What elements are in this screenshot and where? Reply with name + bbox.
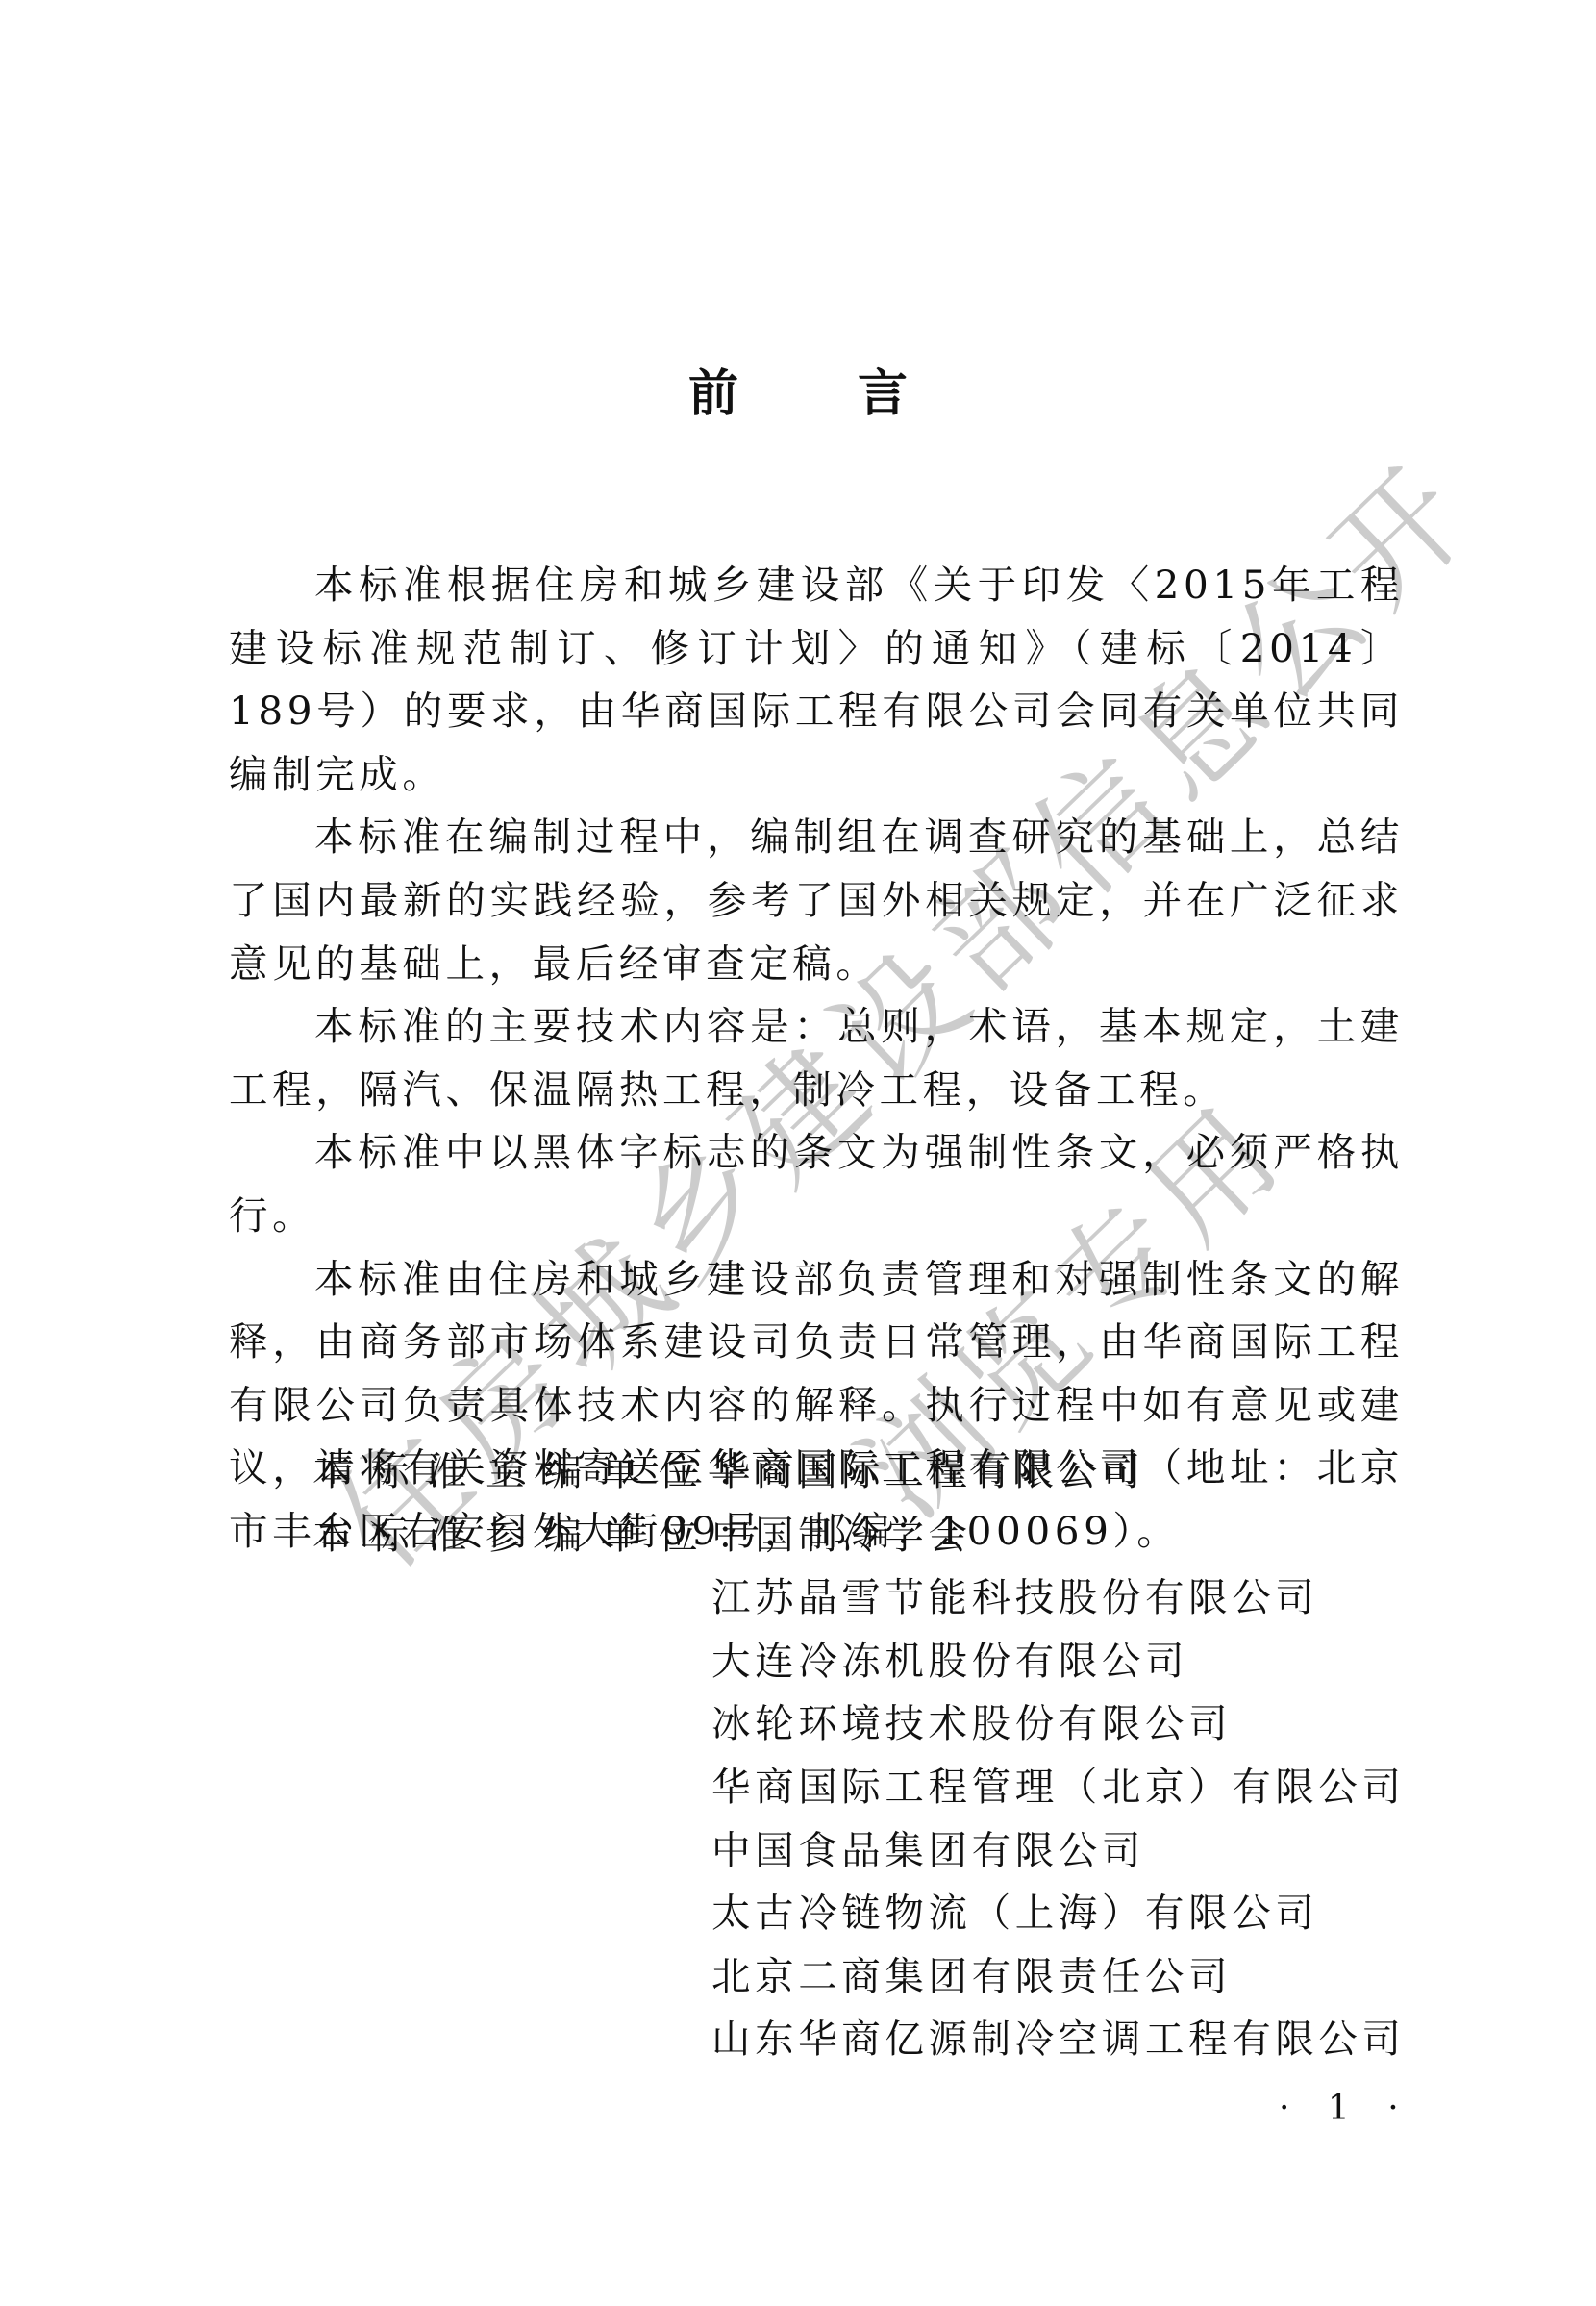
participating-unit: 华商国际工程管理（北京）有限公司	[711, 1756, 1406, 1819]
participating-unit: 山东华商亿源制冷空调工程有限公司	[711, 2008, 1406, 2071]
preface-body: 本标准根据住房和城乡建设部《关于印发〈2015年工程建设标准规范制订、修订计划〉…	[229, 554, 1404, 1564]
paragraph-4: 本标准中以黑体字标志的条文为强制性条文，必须严格执行。	[229, 1121, 1404, 1247]
paragraph-2: 本标准在编制过程中，编制组在调查研究的基础上，总结了国内最新的实践经验，参考了国…	[229, 806, 1404, 995]
participating-label: 本标准参编单位	[312, 1512, 716, 1558]
title-char-2: 言	[858, 361, 908, 428]
page-title: 前言	[0, 361, 1596, 428]
paragraph-1: 本标准根据住房和城乡建设部《关于印发〈2015年工程建设标准规范制订、修订计划〉…	[229, 554, 1404, 806]
participating-unit: 江苏晶雪节能科技股份有限公司	[711, 1567, 1318, 1630]
participating-row: 本标准参编单位： 中国制冷学会	[312, 1504, 1406, 1567]
participating-unit: 中国制冷学会	[711, 1504, 972, 1567]
chief-editor-row: 本标准主编单位： 华商国际工程有限公司	[312, 1441, 1406, 1504]
participating-unit: 中国食品集团有限公司	[711, 1819, 1145, 1883]
title-char-1: 前	[688, 361, 738, 428]
participating-unit: 太古冷链物流（上海）有限公司	[711, 1882, 1318, 1945]
participating-unit: 大连冷冻机股份有限公司	[711, 1630, 1188, 1693]
participating-unit: 冰轮环境技术股份有限公司	[711, 1692, 1232, 1756]
editing-units: 本标准主编单位： 华商国际工程有限公司 本标准参编单位： 中国制冷学会 江苏晶雪…	[312, 1441, 1406, 2071]
participating-unit: 北京二商集团有限责任公司	[711, 1945, 1232, 2009]
document-page: 住房城乡建设部信息公开 浏览专用 前言 本标准根据住房和城乡建设部《关于印发〈2…	[0, 0, 1596, 2306]
chief-editor-unit: 华商国际工程有限公司	[711, 1441, 1145, 1504]
page-number: · 1 ·	[1279, 2085, 1412, 2133]
chief-editor-label: 本标准主编单位	[312, 1448, 716, 1494]
paragraph-3: 本标准的主要技术内容是：总则，术语，基本规定，土建工程，隔汽、保温隔热工程，制冷…	[229, 995, 1404, 1121]
